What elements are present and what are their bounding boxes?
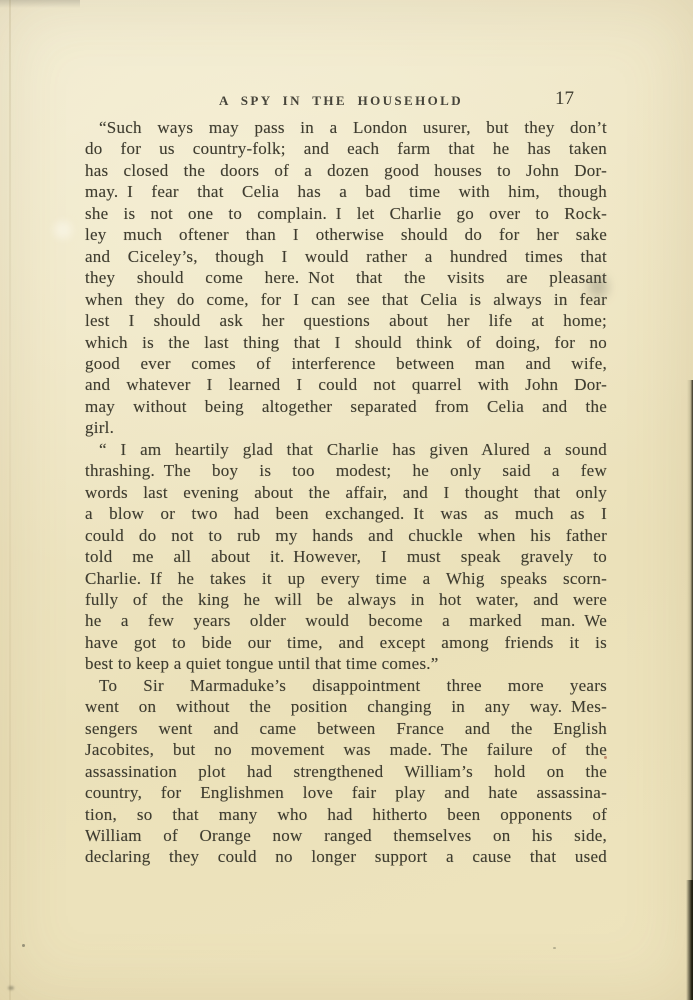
text-line: good ever comes of interference between … [85, 353, 607, 374]
text-line: “ I am heartily glad that Charlie has gi… [85, 439, 607, 460]
text-line: Charlie. If he takes it up every time a … [85, 568, 607, 589]
page-number: 17 [555, 88, 574, 110]
text-line: fully of the king he will be always in h… [85, 589, 607, 610]
text-line: tion, so that many who had hitherto been… [85, 804, 607, 825]
page-edge-shadow [686, 880, 693, 1000]
text-line: “Such ways may pass in a London usurer, … [85, 117, 607, 138]
ink-smudge [588, 276, 608, 298]
paper-speck [604, 756, 607, 759]
text-line: may. I fear that Celia has a bad time wi… [85, 181, 607, 202]
paper-smudge [54, 221, 72, 239]
text-line: and whatever I learned I could not quarr… [85, 374, 607, 395]
text-line: went on without the position changing in… [85, 696, 607, 717]
text-line: thrashing. The boy is too modest; he onl… [85, 460, 607, 481]
paragraph: “ I am heartily glad that Charlie has gi… [85, 439, 607, 675]
paper-speck [8, 986, 14, 990]
text-line: To Sir Marmaduke’s disappointment three … [85, 675, 607, 696]
text-line: do for us country-folk; and each farm th… [85, 138, 607, 159]
paper-speck [22, 944, 25, 947]
text-line: he a few years older would become a mark… [85, 610, 607, 631]
text-line: declaring they could no longer support a… [85, 846, 607, 867]
text-line: words last evening about the affair, and… [85, 482, 607, 503]
text-line: could do not to rub my hands and chuckle… [85, 525, 607, 546]
text-line: when they do come, for I can see that Ce… [85, 289, 607, 310]
running-title: A SPY IN THE HOUSEHOLD [219, 93, 463, 109]
text-line: lest I should ask her questions about he… [85, 310, 607, 331]
text-line: may without being altogether separated f… [85, 396, 607, 417]
text-line: Jacobites, but no movement was made. The… [85, 739, 607, 760]
scan-corner-shadow [0, 0, 80, 8]
text-line: which is the last thing that I should th… [85, 332, 607, 353]
text-line: has closed the doors of a dozen good hou… [85, 160, 607, 181]
text-line: told me all about it. However, I must sp… [85, 546, 607, 567]
paper-crease [9, 0, 11, 1000]
text-line: have got to bide our time, and except am… [85, 632, 607, 653]
text-line: best to keep a quiet tongue until that t… [85, 653, 607, 674]
book-page-scan: A SPY IN THE HOUSEHOLD 17 “Such ways may… [0, 0, 693, 1000]
paragraph: To Sir Marmaduke’s disappointment three … [85, 675, 607, 868]
text-line: a blow or two had been exchanged. It was… [85, 503, 607, 524]
paper-speck [553, 947, 556, 949]
text-line: girl. [85, 417, 607, 438]
text-line: William of Orange now ranged themselves … [85, 825, 607, 846]
text-line: assassination plot had strengthened Will… [85, 761, 607, 782]
page-header: A SPY IN THE HOUSEHOLD 17 [85, 88, 607, 114]
text-line: ley much oftener than I otherwise should… [85, 224, 607, 245]
text-line: she is not one to complain. I let Charli… [85, 203, 607, 224]
text-line: they should come here. Not that the visi… [85, 267, 607, 288]
text-line: and Ciceley’s, though I would rather a h… [85, 246, 607, 267]
paragraph: “Such ways may pass in a London usurer, … [85, 117, 607, 439]
text-line: country, for Englishmen love fair play a… [85, 782, 607, 803]
text-line: sengers went and came between France and… [85, 718, 607, 739]
text-block: “Such ways may pass in a London usurer, … [85, 117, 607, 868]
